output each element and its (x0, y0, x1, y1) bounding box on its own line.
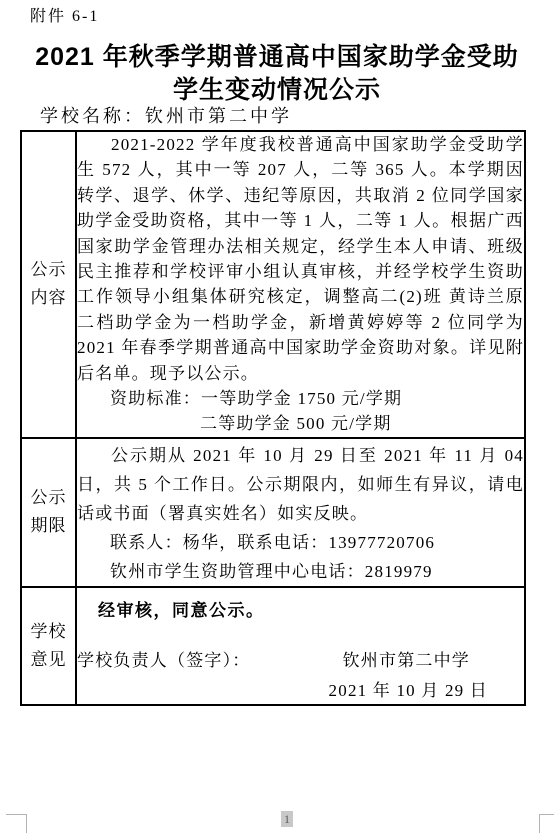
school-name-line: 学校名称：钦州市第二中学 (40, 102, 292, 128)
notice-table: 公示 内容 2021-2022 学年度我校普通高中国家助学金受助学生 572 人… (20, 130, 526, 706)
section-label-line: 意见 (22, 646, 75, 674)
document-page: 附件 6-1 2021 年秋季学期普通高中国家助学金受助 学生变动情况公示 学校… (0, 0, 554, 834)
section-label-public-period: 公示 期限 (21, 438, 76, 587)
section-label-line: 内容 (22, 284, 75, 312)
page-number-field: 1 (281, 811, 293, 827)
content-paragraph: 2021-2022 学年度我校普通高中国家助学金受助学生 572 人，其中一等 … (77, 132, 524, 386)
school-name-value: 钦州市第二中学 (145, 106, 292, 126)
section-label-school-opinion: 学校 意见 (21, 587, 76, 705)
section-label-public-content: 公示 内容 (21, 131, 76, 438)
school-name-label: 学校名称： (40, 106, 145, 126)
attachment-label: 附件 6-1 (30, 3, 99, 26)
period-paragraph: 公示期从 2021 年 10 月 29 日至 2021 年 11 月 04 日，… (77, 441, 524, 528)
section-label-line: 公示 (22, 484, 75, 512)
section-label-line: 公示 (22, 256, 75, 284)
section-body-school-opinion: 经审核，同意公示。 学校负责人（签字）： 钦州市第二中学 2021 年 10 月… (76, 587, 525, 705)
table-row-public-period: 公示 期限 公示期从 2021 年 10 月 29 日至 2021 年 11 月… (21, 438, 525, 587)
signature-row: 学校负责人（签字）： 钦州市第二中学 (77, 648, 524, 674)
section-label-line: 学校 (22, 618, 75, 646)
contact-line-1: 联系人：杨华，联系电话：13977720706 (110, 528, 524, 557)
signature-date: 2021 年 10 月 29 日 (77, 678, 524, 704)
signer-label: 学校负责人（签字）： (77, 648, 251, 674)
margin-crop-mark-bottom-right-icon (539, 814, 554, 833)
aid-standard-line-2: 二等助学金 500 元/学期 (200, 411, 524, 436)
table-row-public-content: 公示 内容 2021-2022 学年度我校普通高中国家助学金受助学生 572 人… (21, 131, 525, 438)
school-signature: 钦州市第二中学 (343, 648, 470, 674)
contact-line-2: 钦州市学生资助管理中心电话：2819979 (110, 557, 524, 586)
title-line-1: 2021 年秋季学期普通高中国家助学金受助 (0, 41, 554, 74)
document-title: 2021 年秋季学期普通高中国家助学金受助 学生变动情况公示 (0, 41, 554, 107)
margin-crop-mark-bottom-left-icon (6, 814, 27, 833)
approval-text: 经审核，同意公示。 (98, 596, 524, 621)
aid-standard-line-1: 资助标准：一等助学金 1750 元/学期 (110, 386, 524, 411)
section-body-public-content: 2021-2022 学年度我校普通高中国家助学金受助学生 572 人，其中一等 … (76, 131, 525, 438)
section-label-line: 期限 (22, 512, 75, 540)
table-row-school-opinion: 学校 意见 经审核，同意公示。 学校负责人（签字）： 钦州市第二中学 2021 … (21, 587, 525, 705)
section-body-public-period: 公示期从 2021 年 10 月 29 日至 2021 年 11 月 04 日，… (76, 438, 525, 587)
